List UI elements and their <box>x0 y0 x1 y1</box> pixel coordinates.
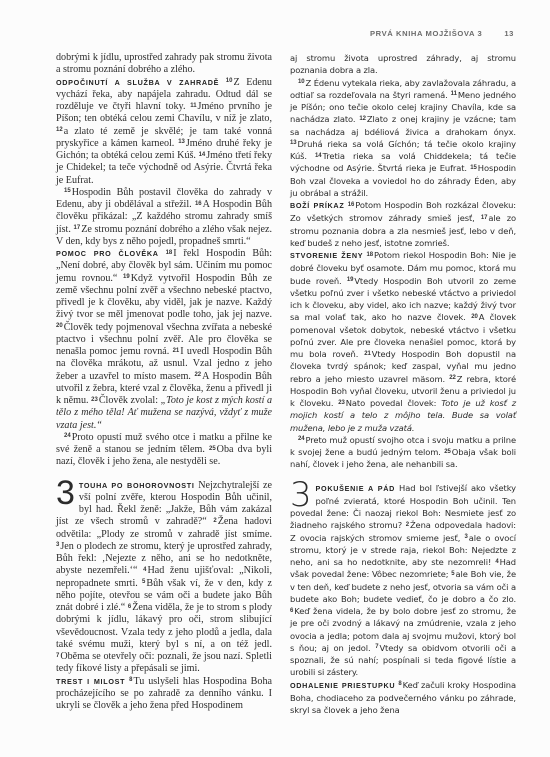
verse-number: 25 <box>444 449 450 455</box>
right-column-slovak: aj stromu života uprostred záhrady, aj s… <box>290 52 516 716</box>
verse-number: 18 <box>367 252 373 258</box>
verse-number: 11 <box>451 91 457 97</box>
verse-number: 8 <box>398 681 401 687</box>
verse-number: 19 <box>123 274 130 280</box>
verse-number: 16 <box>195 201 202 207</box>
verse-number: 5 <box>142 579 145 585</box>
verse-number: 4 <box>143 567 146 573</box>
verse-number: 12 <box>56 127 63 133</box>
paragraph: POMOC PRO ČLOVĚKA 18I řekl Hospodin Bůh:… <box>56 248 272 432</box>
paragraph: STVORENIE ŽENY 18Potom riekol Hospodin B… <box>290 249 516 434</box>
verse-number: 14 <box>315 153 321 159</box>
verse-number: 17 <box>481 215 487 221</box>
section-heading: ODPOČINUTÍ A SLUŽBA V ZAHRADĚ <box>56 78 219 87</box>
verse-number: 3 <box>56 542 59 548</box>
verse-number: 21 <box>173 348 180 354</box>
section-heading: BOŽÍ PRÍKAZ <box>290 201 344 210</box>
verse-number: 8 <box>129 677 132 683</box>
paragraph: ODHALENIE PRIESTUPKU 8Keď začuli kroky H… <box>290 679 516 717</box>
verse-number: 7 <box>375 644 378 650</box>
running-header: PRVÁ KNIHA MOJŽIŠOVA 3 13 <box>370 27 514 39</box>
verse-number: 24 <box>64 433 71 439</box>
chapter-3-block: 3 POKUŠENIE A PÁD Had bol ľstivejší ako … <box>290 482 516 679</box>
verse-number: 20 <box>471 314 477 320</box>
verse-number: 5 <box>451 571 454 577</box>
section-heading: POKUŠENIE A PÁD <box>316 484 396 493</box>
paragraph: 15Hospodin Bůh postavil člověka do zahra… <box>56 187 272 248</box>
running-title: PRVÁ KNIHA MOJŽIŠOVA 3 <box>370 29 482 38</box>
verse-number: 20 <box>56 323 63 329</box>
verse-number: 13 <box>290 140 296 146</box>
verse-number: 6 <box>128 604 131 610</box>
paragraph: 24Preto muž opustí svojho otca i svoju m… <box>290 434 516 471</box>
verse-number: 2 <box>213 518 216 524</box>
paragraph: aj stromu života uprostred záhrady, aj s… <box>290 52 516 77</box>
verse-number: 10 <box>298 79 304 85</box>
paragraph: BOŽÍ PRÍKAZ 16Potom Hospodin Boh rozkáza… <box>290 199 516 249</box>
section-heading: TOUHA PO BOHOROVNOSTI <box>79 481 195 490</box>
verse-number: 17 <box>74 225 81 231</box>
verse-number: 15 <box>470 165 476 171</box>
verse-number: 23 <box>91 397 98 403</box>
chapter-number: 3 <box>290 483 312 507</box>
left-column-czech: dobrými k jídlu, uprostřed zahrady pak s… <box>56 52 272 712</box>
verse-number: 19 <box>347 277 353 283</box>
chapter-3-block: 3 TOUHA PO BOHOROVNOSTI Nejzchytralejší … <box>56 480 272 676</box>
verse-number: 12 <box>359 116 365 122</box>
verse-number: 24 <box>298 436 304 442</box>
paragraph: 24Proto opustí muž svého otce i matku a … <box>56 432 272 469</box>
verse-number: 22 <box>449 375 455 381</box>
verse-number: 2 <box>406 522 409 528</box>
paragraph: ODPOČINUTÍ A SLUŽBA V ZAHRADĚ 10Z Edenu … <box>56 77 272 187</box>
section-heading: POMOC PRO ČLOVĚKA <box>56 249 159 258</box>
verse-number: 13 <box>178 139 185 145</box>
verse-number: 18 <box>166 250 173 256</box>
verse-number: 16 <box>348 202 354 208</box>
page-number: 13 <box>504 29 514 38</box>
section-heading: TREST I MILOST <box>56 677 125 686</box>
verse-number: 14 <box>199 152 206 158</box>
verse-number: 6 <box>290 608 293 614</box>
verse-number: 23 <box>338 400 344 406</box>
paragraph: dobrými k jídlu, uprostřed zahrady pak s… <box>56 52 272 77</box>
verse-number: 25 <box>209 446 216 452</box>
paragraph: 10Z Édenu vytekala rieka, aby zavlažoval… <box>290 77 516 200</box>
verse-number: 4 <box>495 559 498 565</box>
verse-number: 15 <box>64 188 71 194</box>
verse-number: 11 <box>190 103 196 109</box>
paragraph: TOUHA PO BOHOROVNOSTI Nejzchytralejší ze… <box>56 480 272 676</box>
verse-number: 10 <box>226 78 233 84</box>
verse-number: 7 <box>56 653 59 659</box>
chapter-number: 3 <box>56 481 75 505</box>
paragraph: TREST I MILOST 8Tu uslyšeli hlas Hospodi… <box>56 676 272 713</box>
section-heading: STVORENIE ŽENY <box>290 251 363 260</box>
verse-number: 22 <box>194 372 201 378</box>
paragraph: POKUŠENIE A PÁD Had bol ľstivejší ako vš… <box>290 482 516 679</box>
verse-number: 3 <box>464 534 467 540</box>
verse-number: 21 <box>364 351 370 357</box>
section-heading: ODHALENIE PRIESTUPKU <box>290 681 395 690</box>
